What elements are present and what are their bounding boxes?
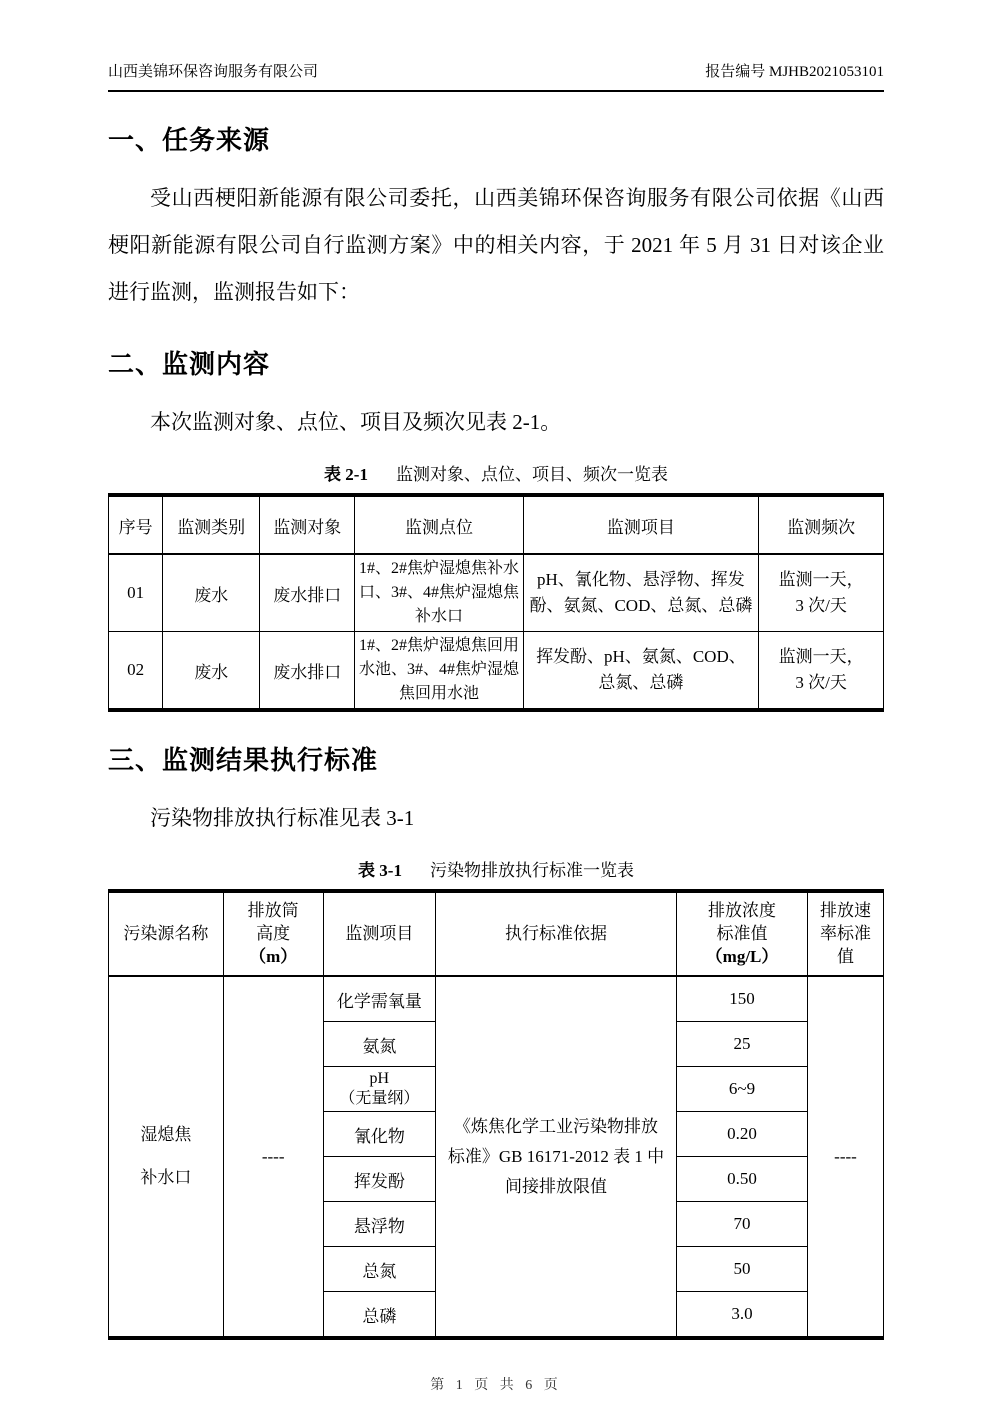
cell-item-value: 150 (677, 976, 808, 1022)
page-number: 第 1 页 共 6 页 (0, 1374, 992, 1394)
cell-item-name: 氰化物 (323, 1112, 435, 1157)
report-number: 报告编号 MJHB2021053101 (705, 60, 884, 81)
table31-header-item: 监测项目 (323, 891, 435, 976)
table21-caption-label: 表 2-1 (324, 465, 368, 484)
table31-header-source: 污染源名称 (109, 891, 224, 976)
concentration-label-line1: 排放浓度 (708, 901, 776, 920)
cell-point: 1#、2#焦炉湿熄焦补水口、3#、4#焦炉湿熄焦补水口 (355, 554, 523, 632)
monitor-plan-table: 序号 监测类别 监测对象 监测点位 监测项目 监测频次 01 废水 废水排口 1… (108, 493, 884, 712)
document-page: 山西美锦环保咨询服务有限公司 报告编号 MJHB2021053101 一、任务来… (0, 0, 992, 1403)
table31-header-basis: 执行标准依据 (436, 891, 677, 976)
table31-header-concentration: 排放浓度标准值（mg/L） (677, 891, 808, 976)
cell-item-name: 挥发酚 (323, 1157, 435, 1202)
cell-item-value: 50 (677, 1247, 808, 1292)
cell-item-name: 总磷 (323, 1292, 435, 1339)
section-title-1: 一、任务来源 (108, 120, 884, 157)
cell-item-value: 25 (677, 1022, 808, 1067)
cell-category: 废水 (163, 632, 260, 711)
page-header: 山西美锦环保咨询服务有限公司 报告编号 MJHB2021053101 (108, 0, 884, 92)
cell-item-value: 70 (677, 1202, 808, 1247)
table31-header-stack: 排放筒 高度（m） (223, 891, 323, 976)
table31-caption-label: 表 3-1 (358, 861, 402, 880)
paragraph-standard: 污染物排放执行标准见表 3-1 (108, 795, 884, 842)
table21-header-object: 监测对象 (260, 495, 355, 554)
table-row: 01 废水 废水排口 1#、2#焦炉湿熄焦补水口、3#、4#焦炉湿熄焦补水口 p… (109, 554, 884, 632)
cell-item-value: 3.0 (677, 1292, 808, 1339)
cell-no: 02 (109, 632, 163, 711)
table-row: 02 废水 废水排口 1#、2#焦炉湿熄焦回用水池、3#、4#焦炉湿熄焦回用水池… (109, 632, 884, 711)
table21-caption-text: 监测对象、点位、项目、频次一览表 (396, 465, 668, 484)
table21-caption: 表 2-1监测对象、点位、项目、频次一览表 (108, 460, 884, 485)
section-title-2: 二、监测内容 (108, 344, 884, 381)
table21-header-row: 序号 监测类别 监测对象 监测点位 监测项目 监测频次 (109, 495, 884, 554)
concentration-unit: （mg/L） (706, 947, 779, 966)
paragraph-monitor-content: 本次监测对象、点位、项目及频次见表 2-1。 (108, 399, 884, 446)
table31-caption: 表 3-1污染物排放执行标准一览表 (108, 856, 884, 881)
table21-header-point: 监测点位 (355, 495, 523, 554)
cell-item-name: 氨氮 (323, 1022, 435, 1067)
table21-header-items: 监测项目 (523, 495, 759, 554)
cell-no: 01 (109, 554, 163, 632)
cell-standard-basis: 《炼焦化学工业污染物排放 标准》GB 16171-2012 表 1 中 间接排放… (436, 976, 677, 1338)
table21-header-no: 序号 (109, 495, 163, 554)
cell-category: 废水 (163, 554, 260, 632)
table21-header-category: 监测类别 (163, 495, 260, 554)
cell-item-name: 总氮 (323, 1247, 435, 1292)
emission-standard-table: 污染源名称 排放筒 高度（m） 监测项目 执行标准依据 排放浓度标准值（mg/L… (108, 889, 884, 1340)
cell-pollution-source: 湿熄焦 补水口 (109, 976, 224, 1338)
cell-item-name: 化学需氧量 (323, 976, 435, 1022)
cell-item-name: pH （无量纲） (323, 1067, 435, 1112)
table31-caption-text: 污染物排放执行标准一览表 (430, 861, 634, 880)
cell-item-value: 0.20 (677, 1112, 808, 1157)
cell-frequency: 监测一天， 3 次/天 (759, 632, 884, 711)
paragraph-task-source: 受山西梗阳新能源有限公司委托，山西美锦环保咨询服务有限公司依据《山西梗阳新能源有… (108, 175, 884, 316)
cell-rate-value: ---- (808, 976, 884, 1338)
cell-stack-height: ---- (223, 976, 323, 1338)
cell-item-name: 悬浮物 (323, 1202, 435, 1247)
table-row: 湿熄焦 补水口 ---- 化学需氧量 《炼焦化学工业污染物排放 标准》GB 16… (109, 976, 884, 1022)
cell-items: pH、氰化物、悬浮物、挥发酚、氨氮、COD、总氮、总磷 (523, 554, 759, 632)
section-title-3: 三、监测结果执行标准 (108, 740, 884, 777)
cell-object: 废水排口 (260, 632, 355, 711)
table21-header-freq: 监测频次 (759, 495, 884, 554)
table31-header-row: 污染源名称 排放筒 高度（m） 监测项目 执行标准依据 排放浓度标准值（mg/L… (109, 891, 884, 976)
concentration-label-line2: 标准值 (717, 924, 768, 943)
cell-frequency: 监测一天， 3 次/天 (759, 554, 884, 632)
stack-height-unit: （m） (249, 947, 297, 966)
cell-point: 1#、2#焦炉湿熄焦回用水池、3#、4#焦炉湿熄焦回用水池 (355, 632, 523, 711)
table31-header-rate: 排放速 率标准 值 (808, 891, 884, 976)
cell-item-value: 0.50 (677, 1157, 808, 1202)
company-name: 山西美锦环保咨询服务有限公司 (108, 60, 318, 81)
cell-items: 挥发酚、pH、氨氮、COD、 总氮、总磷 (523, 632, 759, 711)
stack-height-label: 排放筒 高度 (248, 901, 299, 943)
cell-object: 废水排口 (260, 554, 355, 632)
cell-item-value: 6~9 (677, 1067, 808, 1112)
